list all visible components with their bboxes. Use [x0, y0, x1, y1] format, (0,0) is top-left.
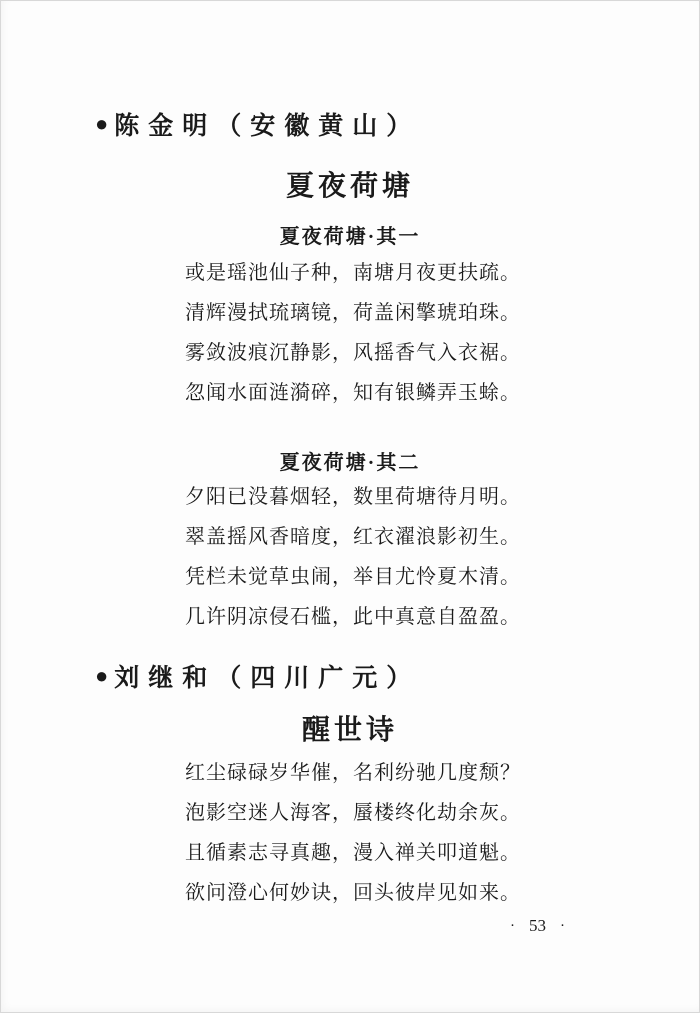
verse-line: 红尘碌碌岁华催，名利纷驰几度颓？	[185, 753, 521, 793]
page-number: · 53 ·	[510, 916, 565, 936]
author-heading: ● 陈金明（安徽黄山）	[95, 106, 420, 142]
footer-page-number: 53	[529, 916, 546, 936]
verse-line: 欲问澄心何妙诀，回头彼岸见如来。	[185, 873, 521, 913]
poem-title: 醒世诗	[0, 708, 700, 748]
verse-line: 几许阴凉侵石槛，此中真意自盈盈。	[185, 597, 521, 637]
verse-line: 忽闻水面涟漪碎，知有银鳞弄玉蜍。	[185, 373, 521, 413]
poem-subtitle: 夏夜荷塘·其一	[0, 220, 700, 249]
footer-right-dot: ·	[560, 918, 565, 935]
bullet-icon: ●	[95, 665, 108, 687]
author-name: 刘继和（四川广元）	[114, 658, 420, 694]
footer-left-dot: ·	[510, 918, 515, 935]
bullet-icon: ●	[95, 113, 108, 135]
verse-line: 或是瑶池仙子种，南塘月夜更扶疏。	[185, 253, 521, 293]
author-name: 陈金明（安徽黄山）	[114, 106, 420, 142]
poem-body: 或是瑶池仙子种，南塘月夜更扶疏。 清辉漫拭琉璃镜，荷盖闲擎琥珀珠。 雾敛波痕沉静…	[185, 253, 521, 413]
poem-title: 夏夜荷塘	[0, 164, 700, 204]
verse-line: 夕阳已没暮烟轻，数里荷塘待月明。	[185, 477, 521, 517]
poem-body: 夕阳已没暮烟轻，数里荷塘待月明。 翠盖摇风香暗度，红衣濯浪影初生。 凭栏未觉草虫…	[185, 477, 521, 637]
verse-line: 清辉漫拭琉璃镜，荷盖闲擎琥珀珠。	[185, 293, 521, 333]
verse-line: 且循素志寻真趣，漫入禅关叩道魁。	[185, 833, 521, 873]
author-heading: ● 刘继和（四川广元）	[95, 658, 420, 694]
book-page: ● 陈金明（安徽黄山） 夏夜荷塘 夏夜荷塘·其一 或是瑶池仙子种，南塘月夜更扶疏…	[0, 0, 700, 1013]
verse-line: 翠盖摇风香暗度，红衣濯浪影初生。	[185, 517, 521, 557]
poem-body: 红尘碌碌岁华催，名利纷驰几度颓？ 泡影空迷人海客，蜃楼终化劫余灰。 且循素志寻真…	[185, 753, 521, 913]
verse-line: 泡影空迷人海客，蜃楼终化劫余灰。	[185, 793, 521, 833]
verse-line: 凭栏未觉草虫闹，举目尤怜夏木清。	[185, 557, 521, 597]
poem-subtitle: 夏夜荷塘·其二	[0, 446, 700, 475]
verse-line: 雾敛波痕沉静影，风摇香气入衣裾。	[185, 333, 521, 373]
